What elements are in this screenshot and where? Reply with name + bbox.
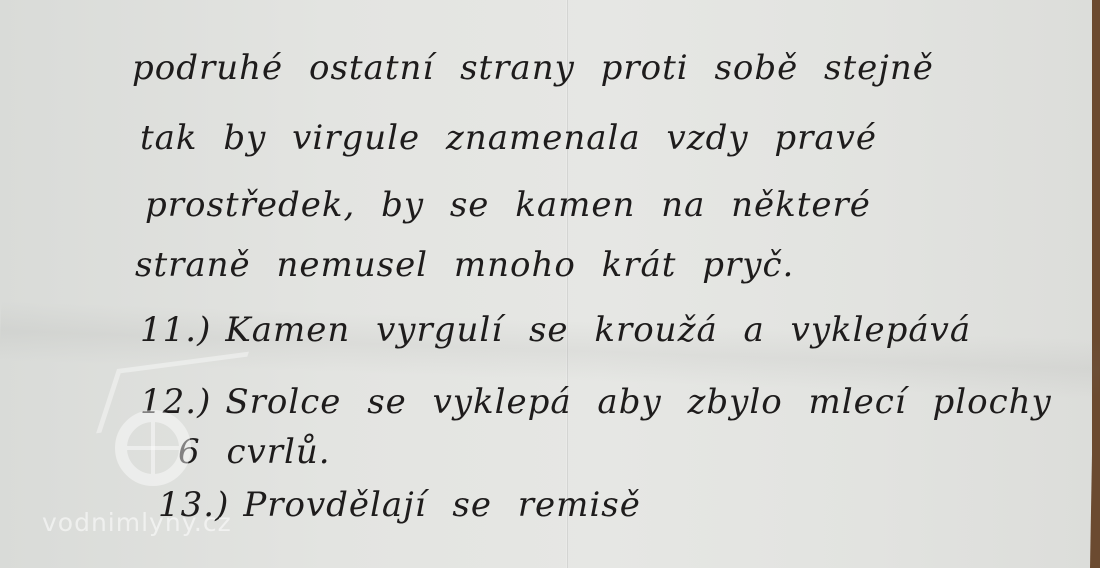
item-text: Provdělají se remisě xyxy=(243,485,641,525)
text-line-2: tak by virgule znamenala vzdy pravé xyxy=(140,118,877,158)
list-item-11: 11.)Kamen vyrgulí se kroužá a vyklepává xyxy=(140,310,971,350)
mill-wheel-icon xyxy=(115,410,191,486)
watermark-text: vodnimlyny.cz xyxy=(42,508,232,537)
item-number: 11.) xyxy=(140,310,211,350)
item-text: 6 cvrlů. xyxy=(178,432,331,472)
item-text: Srolce se vyklepá aby zbylo mlecí plochy xyxy=(225,382,1051,422)
text-line-4: straně nemusel mnoho krát pryč. xyxy=(135,245,794,285)
text-line-3: prostředek, by se kamen na některé xyxy=(145,185,871,225)
list-item-12: 12.)Srolce se vyklepá aby zbylo mlecí pl… xyxy=(140,382,1052,422)
item-text: Kamen vyrgulí se kroužá a vyklepává xyxy=(225,310,971,350)
list-item-12-continued: 6 cvrlů. xyxy=(178,432,331,472)
text-line-1: podruhé ostatní strany proti sobě stejně xyxy=(132,48,934,88)
